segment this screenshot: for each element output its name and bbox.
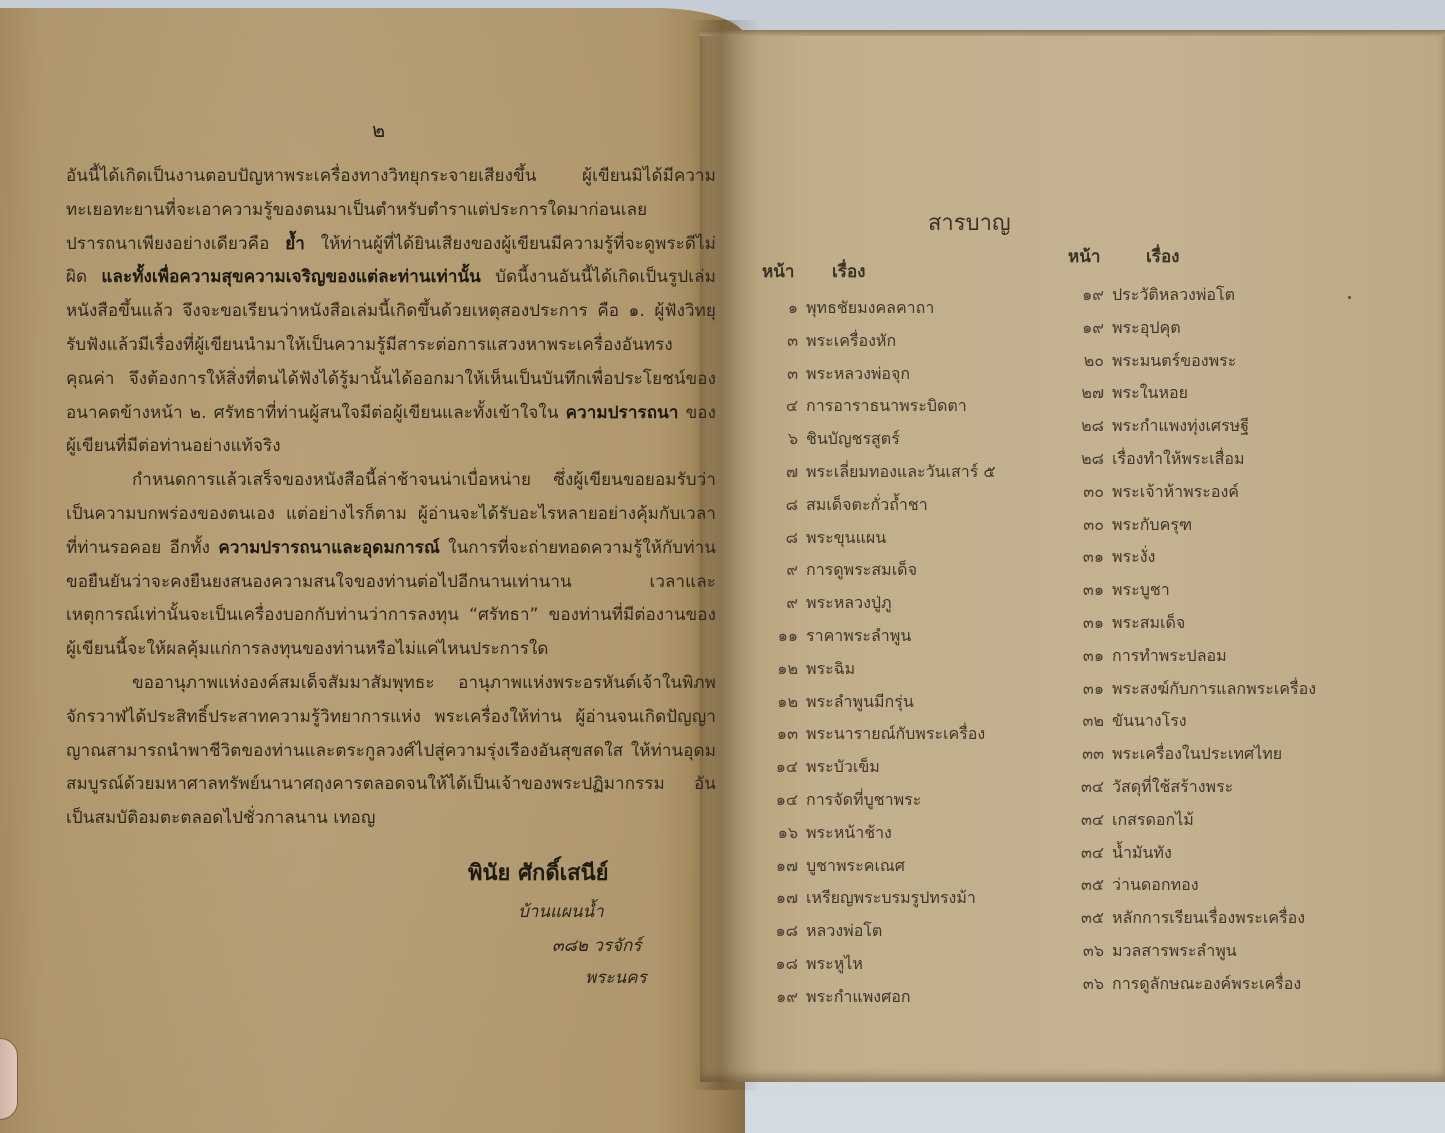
toc-entry: ๑๔การจัดที่บูชาพระ bbox=[752, 788, 996, 821]
toc-entry: ๖ชินบัญชรสูตร์ bbox=[752, 427, 996, 460]
toc-entry: ๑๒พระฉิม bbox=[752, 657, 996, 690]
emphasized-text: ความปรารถนาและอุดมการณ์ bbox=[218, 538, 440, 558]
toc-page-number: ๑๙ bbox=[1058, 316, 1104, 341]
toc-entry-title: พระหูไห bbox=[806, 954, 863, 973]
toc-page-number: ๓ bbox=[752, 362, 798, 387]
toc-entry-title: การอาราธนาพระบิดตา bbox=[806, 396, 967, 415]
toc-page-number: ๓๔ bbox=[1058, 841, 1104, 866]
toc-entry: ๓๑พระสงฆ์กับการแลกพระเครื่อง bbox=[1058, 677, 1316, 710]
toc-entry-title: หลักการเรียนเรื่องพระเครื่อง bbox=[1112, 908, 1305, 927]
toc-entry: ๒๘พระกำแพงทุ่งเศรษฐี bbox=[1058, 414, 1316, 447]
toc-page-number: ๔ bbox=[752, 394, 798, 419]
toc-entry: ๗พระเลี่ยมทองและวันเสาร์ ๕ bbox=[752, 460, 996, 493]
toc-entry: ๑๒พระลำพูนมีกรุ่น bbox=[752, 690, 996, 723]
toc-page-number: ๑๗ bbox=[752, 854, 798, 879]
toc-entry-title: พระสมเด็จ bbox=[1112, 613, 1185, 632]
toc-entry-title: พระสงฆ์กับการแลกพระเครื่อง bbox=[1112, 679, 1316, 698]
toc-entry-title: พระหลวงพ่อจุก bbox=[806, 364, 910, 383]
toc-entry-title: พระบูชา bbox=[1112, 580, 1170, 599]
toc-entry: ๑๘พระหูไห bbox=[752, 952, 996, 985]
toc-right-header-title: เรื่อง bbox=[1146, 243, 1179, 270]
toc-entry-title: พระงั่ง bbox=[1112, 547, 1155, 566]
toc-entry-title: ขันนางโรง bbox=[1112, 711, 1187, 730]
toc-page-number: ๑๘ bbox=[752, 952, 798, 977]
toc-entry-title: พระเลี่ยมทองและวันเสาร์ ๕ bbox=[806, 462, 996, 481]
toc-entry: ๑๔พระบัวเข็ม bbox=[752, 755, 996, 788]
toc-entry: ๒๘เรื่องทำให้พระเสื่อม bbox=[1058, 447, 1316, 480]
toc-entry: ๑๙ประวัติหลวงพ่อโต bbox=[1058, 283, 1316, 316]
toc-page-number: ๓๖ bbox=[1058, 939, 1104, 964]
toc-entry-title: ประวัติหลวงพ่อโต bbox=[1112, 285, 1235, 304]
toc-page-number: ๒๘ bbox=[1058, 414, 1104, 439]
toc-page-number: ๙ bbox=[752, 558, 798, 583]
toc-page-number: ๑๘ bbox=[752, 919, 798, 944]
right-page-edge bbox=[700, 30, 1445, 36]
toc-entry-title: การดูลักษณะองค์พระเครื่อง bbox=[1112, 974, 1301, 993]
paragraph-text: บัดนี้งานอันนี้ได้เกิดเป็นรูปเล่มหนังสือ… bbox=[66, 267, 716, 422]
toc-page-number: ๑๔ bbox=[752, 788, 798, 813]
toc-entry: ๓๑การทำพระปลอม bbox=[1058, 644, 1316, 677]
toc-entry: ๓๔เกสรดอกไม้ bbox=[1058, 808, 1316, 841]
toc-entry-title: พระลำพูนมีกรุ่น bbox=[806, 692, 914, 711]
toc-entry: ๓๑พระงั่ง bbox=[1058, 545, 1316, 578]
toc-entry-title: เรื่องทำให้พระเสื่อม bbox=[1112, 449, 1245, 468]
toc-title: สารบาญ bbox=[928, 205, 1011, 240]
toc-entry: ๓๔วัสดุที่ใช้สร้างพระ bbox=[1058, 775, 1316, 808]
toc-entry: ๘สมเด็จตะกั่วถ้ำชา bbox=[752, 493, 996, 526]
toc-entry-title: พระฉิม bbox=[806, 659, 855, 678]
toc-page-number: ๓๑ bbox=[1058, 677, 1104, 702]
toc-page-number: ๘ bbox=[752, 493, 798, 518]
toc-entry-title: พระกำแพงทุ่งเศรษฐี bbox=[1112, 416, 1249, 435]
emphasized-text: และทั้งเพื่อความสุขความเจริญของแต่ละท่าน… bbox=[101, 267, 481, 287]
toc-page-number: ๑๙ bbox=[1058, 283, 1104, 308]
toc-left-header-title: เรื่อง bbox=[832, 258, 865, 285]
toc-entry: ๑๗บูชาพระคเณศ bbox=[752, 854, 996, 887]
toc-entry: ๓๐พระกับครุฑ bbox=[1058, 513, 1316, 546]
toc-page-number: ๒๗ bbox=[1058, 381, 1104, 406]
toc-page-number: ๓๕ bbox=[1058, 906, 1104, 931]
toc-entry: ๓๒ขันนางโรง bbox=[1058, 709, 1316, 742]
toc-entry-title: น้ำมันทัง bbox=[1112, 843, 1172, 862]
toc-entry-title: เกสรดอกไม้ bbox=[1112, 810, 1194, 829]
toc-page-number: ๓๓ bbox=[1058, 742, 1104, 767]
toc-entry-title: พระขุนแผน bbox=[806, 528, 886, 547]
toc-entry: ๑๙พระอุปคุต bbox=[1058, 316, 1316, 349]
toc-page-number: ๓๕ bbox=[1058, 873, 1104, 898]
toc-page-number: ๒๐ bbox=[1058, 349, 1104, 374]
toc-entry-title: ราคาพระลำพูน bbox=[806, 626, 911, 645]
toc-entry: ๓๑พระบูชา bbox=[1058, 578, 1316, 611]
toc-entry-title: วัสดุที่ใช้สร้างพระ bbox=[1112, 777, 1233, 796]
preface-paragraph: ขออานุภาพแห่งองค์สมเด็จสัมมาสัมพุทธะ อาน… bbox=[66, 667, 716, 836]
toc-page-number: ๑ bbox=[752, 296, 798, 321]
toc-entry: ๓๖การดูลักษณะองค์พระเครื่อง bbox=[1058, 972, 1316, 1005]
toc-entry-title: พระเครื่องในประเทศไทย bbox=[1112, 744, 1282, 763]
toc-entry: ๑๗เหรียญพระบรมรูปทรงม้า bbox=[752, 886, 996, 919]
toc-entry: ๑๖พระหน้าช้าง bbox=[752, 821, 996, 854]
toc-entry: ๓๔น้ำมันทัง bbox=[1058, 841, 1316, 874]
toc-entry: ๓พระเครื่องหัก bbox=[752, 329, 996, 362]
preface-paragraph: กำหนดการแล้วเสร็จของหนังสือนี้ล่าช้าจนน่… bbox=[66, 464, 716, 667]
toc-page-number: ๑๒ bbox=[752, 690, 798, 715]
toc-right-column: ๑๙ประวัติหลวงพ่อโต๑๙พระอุปคุต๒๐พระมนตร์ข… bbox=[1058, 283, 1316, 1005]
toc-entry-title: ชินบัญชรสูตร์ bbox=[806, 429, 900, 448]
toc-page-number: ๓๖ bbox=[1058, 972, 1104, 997]
toc-right-header-page: หน้า bbox=[1068, 243, 1100, 270]
toc-entry: ๑๑ราคาพระลำพูน bbox=[752, 624, 996, 657]
toc-entry-title: พระกับครุฑ bbox=[1112, 515, 1192, 534]
toc-page-number: ๓๐ bbox=[1058, 480, 1104, 505]
toc-entry-title: เหรียญพระบรมรูปทรงม้า bbox=[806, 888, 976, 907]
toc-page-number: ๓๔ bbox=[1058, 775, 1104, 800]
toc-entry-title: พระกำแพงศอก bbox=[806, 987, 911, 1006]
paragraph-text: ขออานุภาพแห่งองค์สมเด็จสัมมาสัมพุทธะ อาน… bbox=[66, 673, 716, 828]
toc-page-number: ๑๓ bbox=[752, 722, 798, 747]
toc-entry-title: บูชาพระคเณศ bbox=[806, 856, 905, 875]
thumb-holding-book bbox=[0, 1038, 18, 1120]
toc-entry: ๓๑พระสมเด็จ bbox=[1058, 611, 1316, 644]
toc-left-column: ๑พุทธชัยมงคลคาถา๓พระเครื่องหัก๓พระหลวงพ่… bbox=[752, 296, 996, 1018]
toc-entry-title: ว่านดอกทอง bbox=[1112, 875, 1199, 894]
toc-entry: ๓๕ว่านดอกทอง bbox=[1058, 873, 1316, 906]
toc-page-number: ๓๑ bbox=[1058, 578, 1104, 603]
toc-entry: ๙การดูพระสมเด็จ bbox=[752, 558, 996, 591]
toc-entry: ๓พระหลวงพ่อจุก bbox=[752, 362, 996, 395]
preface-body-text: อันนี้ได้เกิดเป็นงานตอบปัญหาพระเครื่องทา… bbox=[66, 160, 716, 836]
toc-page-number: ๑๑ bbox=[752, 624, 798, 649]
toc-entry: ๔การอาราธนาพระบิดตา bbox=[752, 394, 996, 427]
toc-entry-title: สมเด็จตะกั่วถ้ำชา bbox=[806, 495, 928, 514]
toc-entry-title: พระเครื่องหัก bbox=[806, 331, 896, 350]
toc-entry: ๑๙พระกำแพงศอก bbox=[752, 985, 996, 1018]
toc-entry-title: พระหน้าช้าง bbox=[806, 823, 892, 842]
toc-left-header-page: หน้า bbox=[762, 258, 794, 285]
toc-page-number: ๗ bbox=[752, 460, 798, 485]
toc-entry: ๙พระหลวงปู่ภู bbox=[752, 591, 996, 624]
toc-page-number: ๓๑ bbox=[1058, 611, 1104, 636]
toc-entry: ๑๓พระนารายณ์กับพระเครื่อง bbox=[752, 722, 996, 755]
emphasized-text: ความปรารถนา bbox=[566, 403, 679, 423]
toc-page-number: ๘ bbox=[752, 526, 798, 551]
toc-page-number: ๓๐ bbox=[1058, 513, 1104, 538]
toc-entry: ๓๕หลักการเรียนเรื่องพระเครื่อง bbox=[1058, 906, 1316, 939]
toc-entry: ๒๐พระมนตร์ของพระ bbox=[1058, 349, 1316, 382]
toc-entry: ๑พุทธชัยมงคลคาถา bbox=[752, 296, 996, 329]
toc-entry: ๓๐พระเจ้าห้าพระองค์ bbox=[1058, 480, 1316, 513]
preface-paragraph: อันนี้ได้เกิดเป็นงานตอบปัญหาพระเครื่องทา… bbox=[66, 160, 716, 464]
toc-page-number: ๑๖ bbox=[752, 821, 798, 846]
toc-page-number: ๑๒ bbox=[752, 657, 798, 682]
toc-page-number: ๑๗ bbox=[752, 886, 798, 911]
toc-entry-title: พระมนตร์ของพระ bbox=[1112, 351, 1236, 370]
toc-entry-title: พระบัวเข็ม bbox=[806, 757, 880, 776]
toc-page-number: ๓๔ bbox=[1058, 808, 1104, 833]
toc-entry-title: พระหลวงปู่ภู bbox=[806, 593, 892, 612]
toc-page-number: ๓ bbox=[752, 329, 798, 354]
toc-page-number: ๑๔ bbox=[752, 755, 798, 780]
emphasized-text: ย้ำ bbox=[285, 234, 305, 254]
toc-entry-title: มวลสารพระลำพูน bbox=[1112, 941, 1237, 960]
toc-page-number: ๑๙ bbox=[752, 985, 798, 1010]
toc-entry-title: การดูพระสมเด็จ bbox=[806, 560, 917, 579]
toc-entry-title: พระในหอย bbox=[1112, 383, 1188, 402]
page-number: ๒ bbox=[372, 114, 385, 146]
paper-speck bbox=[1348, 296, 1351, 299]
toc-page-number: ๙ bbox=[752, 591, 798, 616]
toc-entry-title: พระอุปคุต bbox=[1112, 318, 1181, 337]
toc-page-number: ๖ bbox=[752, 427, 798, 452]
toc-entry: ๓๖มวลสารพระลำพูน bbox=[1058, 939, 1316, 972]
toc-page-number: ๓๒ bbox=[1058, 709, 1104, 734]
toc-page-number: ๓๑ bbox=[1058, 545, 1104, 570]
toc-entry-title: พระเจ้าห้าพระองค์ bbox=[1112, 482, 1239, 501]
toc-entry-title: พระนารายณ์กับพระเครื่อง bbox=[806, 724, 985, 743]
toc-entry-title: การจัดที่บูชาพระ bbox=[806, 790, 921, 809]
toc-entry-title: หลวงพ่อโต bbox=[806, 921, 882, 940]
toc-page-number: ๒๘ bbox=[1058, 447, 1104, 472]
toc-entry-title: พุทธชัยมงคลคาถา bbox=[806, 298, 934, 317]
toc-entry: ๓๓พระเครื่องในประเทศไทย bbox=[1058, 742, 1316, 775]
toc-page-number: ๓๑ bbox=[1058, 644, 1104, 669]
toc-entry: ๑๘หลวงพ่อโต bbox=[752, 919, 996, 952]
toc-entry: ๘พระขุนแผน bbox=[752, 526, 996, 559]
toc-entry: ๒๗พระในหอย bbox=[1058, 381, 1316, 414]
toc-entry-title: การทำพระปลอม bbox=[1112, 646, 1227, 665]
